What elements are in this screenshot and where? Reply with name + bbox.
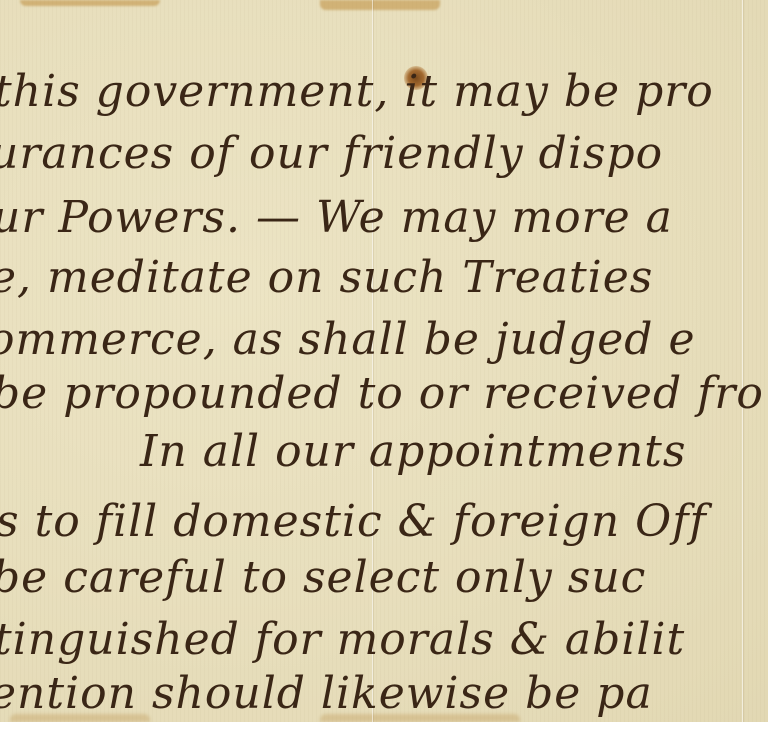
handwriting-line-3: ur Powers. — We may more a [0, 196, 673, 240]
handwriting-line-4: e, meditate on such Treaties [0, 256, 653, 300]
handwriting-line-9: be careful to select only suc [0, 556, 646, 600]
paper-sheet: this government, it may be pro urances o… [0, 0, 768, 722]
scanned-document: this government, it may be pro urances o… [0, 0, 768, 735]
handwriting-line-7-paragraph-start: In all our appointments [140, 430, 686, 474]
handwriting-line-1: this government, it may be pro [0, 70, 714, 114]
handwriting-line-8: s to fill domestic & foreign Off [0, 500, 707, 544]
handwriting-line-11: ention should likewise be pa [0, 672, 653, 716]
handwriting-line-10: tinguished for morals & abilit [0, 618, 685, 662]
handwriting-line-2: urances of our friendly dispo [0, 132, 663, 176]
handwriting-line-5: ommerce, as shall be judged e [0, 318, 695, 362]
water-stain-top-center [320, 0, 440, 10]
water-stain-top-left [20, 0, 160, 6]
paper-fold-line-right [742, 0, 743, 722]
handwriting-line-6: be propounded to or received fro [0, 372, 764, 416]
